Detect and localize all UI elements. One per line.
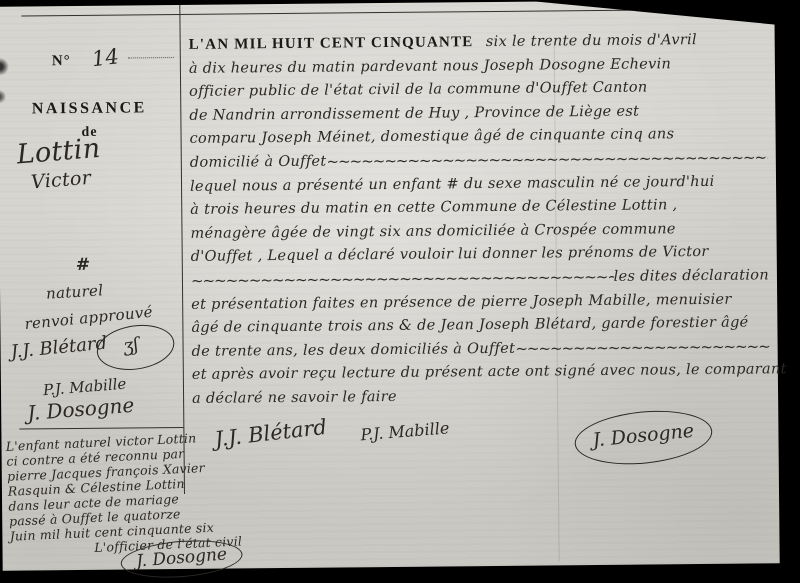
- margin-note-separator-rule: [19, 427, 183, 430]
- signature-flourish-oval: [94, 320, 178, 375]
- margin-reference-word: naturel: [46, 281, 104, 303]
- act-line-text: les dites déclaration: [613, 264, 769, 289]
- act-body: L'AN MIL HUIT CENT CINQUANTE six le tren…: [189, 28, 771, 477]
- record-number-label: N°: [52, 53, 71, 69]
- record-number: N° 14: [52, 45, 175, 70]
- note-signature-dosogne: J. Dosogne: [135, 544, 227, 571]
- signature-row: J.J. Blétard P.J. Mabille J. Dosogne: [192, 412, 771, 478]
- child-forename: Victor: [30, 167, 92, 194]
- act-line-text: de trente ans, les deux domiciliés à Ouf…: [192, 338, 516, 365]
- record-number-value: 14: [90, 44, 120, 71]
- filler-squiggle: [515, 335, 770, 361]
- act-heading-printed: L'AN MIL HUIT CENT CINQUANTE: [189, 34, 474, 53]
- filler-squiggle: [191, 266, 614, 294]
- margin-signature-bletard: J.J. Blétard: [10, 333, 108, 363]
- record-type-title: NAISSANCE: [0, 99, 180, 119]
- act-line: a déclaré ne savoir le faire: [192, 382, 770, 411]
- body-signature-bletard: J.J. Blétard: [213, 414, 328, 451]
- record-number-dotted-line: [128, 57, 174, 58]
- act-heading-handwritten: six le trente du mois d'Avril: [486, 32, 697, 50]
- child-surname: Lottin: [16, 133, 102, 171]
- document-scan: N° 14 NAISSANCE de Lottin Victor # natur…: [0, 0, 800, 583]
- margin-reference-mark: #: [76, 255, 90, 275]
- body-signature-oval: J. Dosogne: [572, 405, 714, 470]
- paper-sheet: N° 14 NAISSANCE de Lottin Victor # natur…: [0, 0, 780, 571]
- act-line-text: domicilié à Ouffet: [190, 151, 327, 176]
- body-signature-mabille: P.J. Mabille: [360, 418, 450, 444]
- body-signature-dosogne: J. Dosogne: [592, 419, 695, 451]
